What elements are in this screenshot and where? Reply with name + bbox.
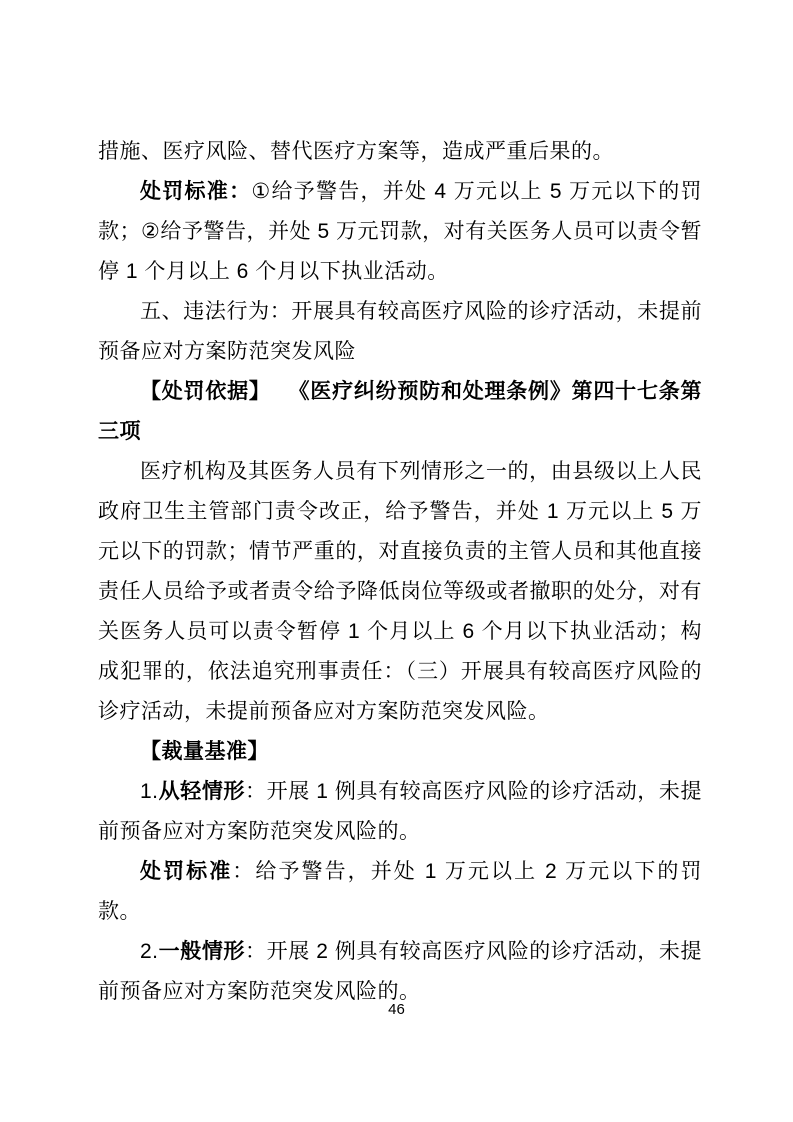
p-penalty-basis-heading: 【处罚依据】 《医疗纠纷预防和处理条例》第四十七条第三项	[98, 372, 702, 452]
bold-text-run: 一般情形	[159, 940, 246, 963]
document-page: 措施、医疗风险、替代医疗方案等，造成严重后果的。处罚标准：①给予警告，并处 4 …	[0, 0, 793, 1122]
page-body: 措施、医疗风险、替代医疗方案等，造成严重后果的。处罚标准：①给予警告，并处 4 …	[98, 132, 702, 1012]
text-run: 医疗机构及其医务人员有下列情形之一的，由县级以上人民政府卫生主管部门责令改正，给…	[98, 460, 702, 723]
p-lenient-circumstance: 1.从轻情形：开展 1 例具有较高医疗风险的诊疗活动，未提前预备应对方案防范突发…	[98, 772, 702, 852]
text-run: 1.	[140, 780, 159, 803]
p-violation-five: 五、违法行为：开展具有较高医疗风险的诊疗活动，未提前预备应对方案防范突发风险	[98, 292, 702, 372]
text-run: 措施、医疗风险、替代医疗方案等，造成严重后果的。	[98, 140, 614, 163]
p-penalty-standard-prior: 处罚标准：①给予警告，并处 4 万元以上 5 万元以下的罚款；②给予警告，并处 …	[98, 172, 702, 292]
bold-text-run: 处罚标准	[140, 860, 232, 883]
text-run: 五、违法行为：开展具有较高医疗风险的诊疗活动，未提前预备应对方案防范突发风险	[98, 300, 702, 363]
bold-text-run: 【裁量基准】	[140, 740, 269, 763]
p-discretion-benchmark-heading: 【裁量基准】	[98, 732, 702, 772]
bold-text-run: 【处罚依据】 《医疗纠纷预防和处理条例》第四十七条第三项	[98, 380, 702, 443]
bold-text-run: 处罚标准：	[140, 180, 251, 203]
page-number: 46	[0, 1000, 793, 1020]
p-regulation-body: 医疗机构及其医务人员有下列情形之一的，由县级以上人民政府卫生主管部门责令改正，给…	[98, 452, 702, 732]
p-continuation-consequences: 措施、医疗风险、替代医疗方案等，造成严重后果的。	[98, 132, 702, 172]
bold-text-run: 从轻情形	[159, 780, 246, 803]
text-run: 2.	[140, 940, 159, 963]
p-penalty-standard-lenient: 处罚标准：给予警告，并处 1 万元以上 2 万元以下的罚款。	[98, 852, 702, 932]
